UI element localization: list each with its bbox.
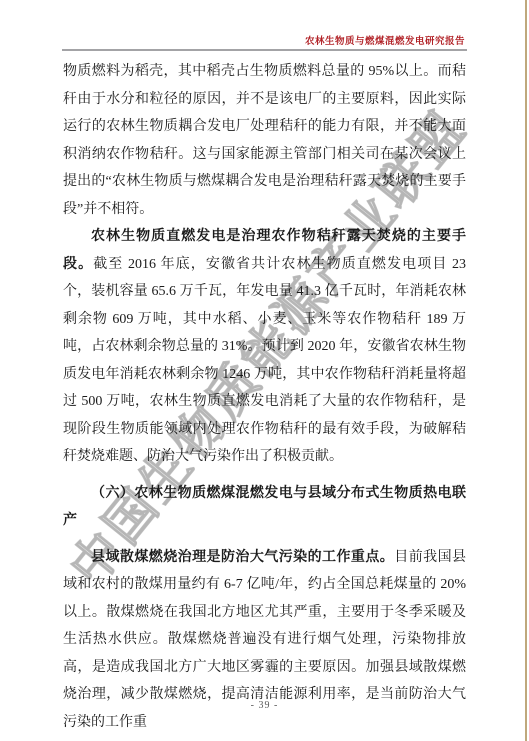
body-text: 物质燃料为稻壳，其中稻壳占生物质燃料总量的 95%以上。而秸秆由于水分和粒径的原… — [63, 58, 466, 736]
page-edge-line — [525, 0, 527, 741]
document-page: 农林生物质与燃煤混燃发电研究报告 中国生物质能源产业联盟 物质燃料为稻壳，其中稻… — [0, 0, 529, 741]
page-number: - 39 - — [0, 700, 529, 711]
paragraph-body-text: 截至 2016 年底，安徽省共计农林生物质直燃发电项目 23 个，装机容量 65… — [63, 257, 466, 465]
paragraph-lead-bold: 县域散煤燃烧治理是防治大气污染的工作重点。 — [91, 550, 394, 565]
paragraph-continuation: 物质燃料为稻壳，其中稻壳占生物质燃料总量的 95%以上。而秸秆由于水分和粒径的原… — [63, 58, 466, 223]
paragraph-direct-combustion: 农林生物质直燃发电是治理农作物秸秆露天焚烧的主要手段。截至 2016 年底，安徽… — [63, 223, 466, 471]
header-rule — [62, 49, 467, 51]
section-heading-six: （六）农林生物质燃煤混燃发电与县域分布式生物质热电联产 — [63, 480, 466, 535]
running-header-title: 农林生物质与燃煤混燃发电研究报告 — [63, 33, 465, 47]
